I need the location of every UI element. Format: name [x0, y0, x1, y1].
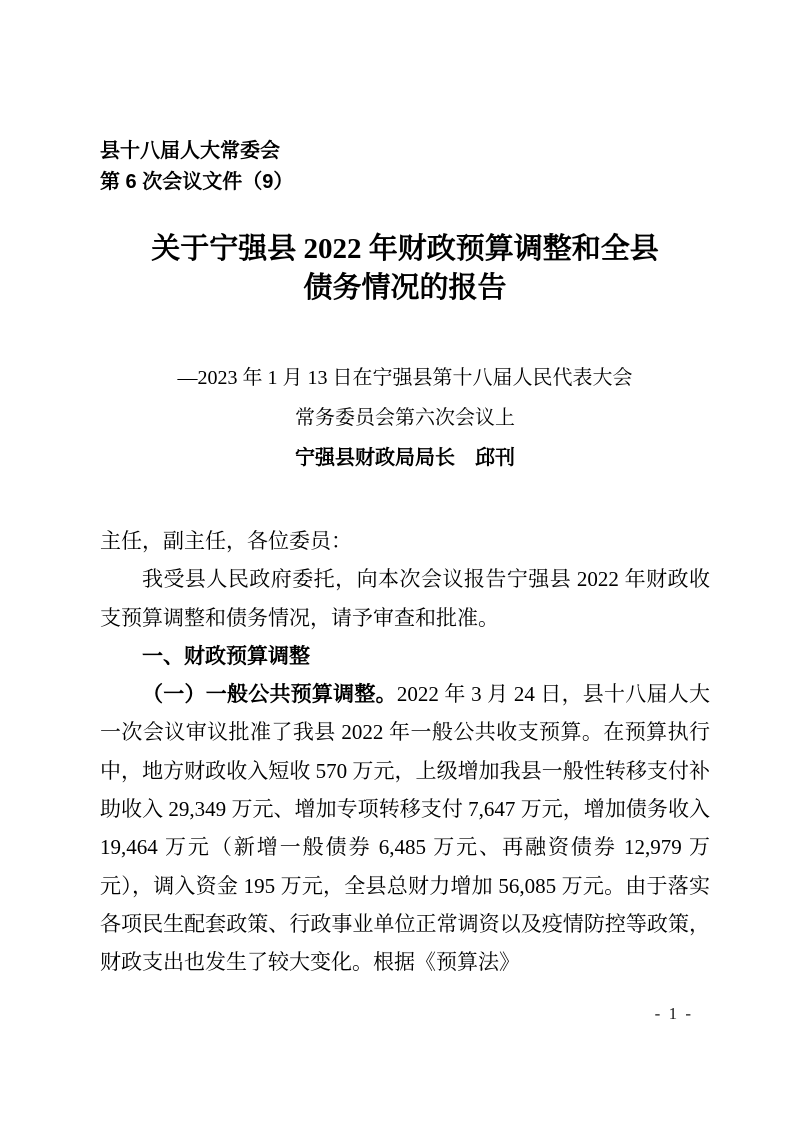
doc-header-line2: 第 6 次会议文件（9） [100, 167, 710, 198]
doc-header-line1: 县十八届人大常委会 [100, 136, 710, 167]
document-content: 县十八届人大常委会 第 6 次会议文件（9） 关于宁强县 2022 年财政预算调… [0, 136, 793, 982]
doc-subtitle-line2: 常务委员会第六次会议上 [100, 398, 710, 438]
paragraph-2: （一）一般公共预算调整。2022 年 3 月 24 日，县十八届人大一次会议审议… [100, 675, 710, 981]
paragraph-2-lead: （一）一般公共预算调整。 [142, 682, 397, 706]
doc-title: 关于宁强县 2022 年财政预算调整和全县 债务情况的报告 [100, 230, 710, 308]
salutation: 主任，副主任，各位委员： [100, 522, 710, 560]
doc-header: 县十八届人大常委会 第 6 次会议文件（9） [100, 136, 710, 198]
speaker-line: 宁强县财政局局长 邱刊 [100, 444, 710, 472]
doc-title-line2: 债务情况的报告 [100, 269, 710, 308]
section-heading-1: 一、财政预算调整 [100, 637, 710, 675]
page-number: - 1 - [655, 1002, 693, 1026]
document-body: 主任，副主任，各位委员： 我受县人民政府委托，向本次会议报告宁强县 2022 年… [100, 522, 710, 982]
document-page: 县十八届人大常委会 第 6 次会议文件（9） 关于宁强县 2022 年财政预算调… [0, 0, 793, 1122]
doc-subtitle-line1: —2023 年 1 月 13 日在宁强县第十八届人民代表大会 [100, 358, 710, 398]
paragraph-2-text: 2022 年 3 月 24 日，县十八届人大一次会议审议批准了我县 2022 年… [100, 682, 710, 974]
doc-subtitle: —2023 年 1 月 13 日在宁强县第十八届人民代表大会 常务委员会第六次会… [100, 358, 710, 438]
doc-title-line1: 关于宁强县 2022 年财政预算调整和全县 [100, 230, 710, 269]
paragraph-1: 我受县人民政府委托，向本次会议报告宁强县 2022 年财政收支预算调整和债务情况… [100, 560, 710, 637]
